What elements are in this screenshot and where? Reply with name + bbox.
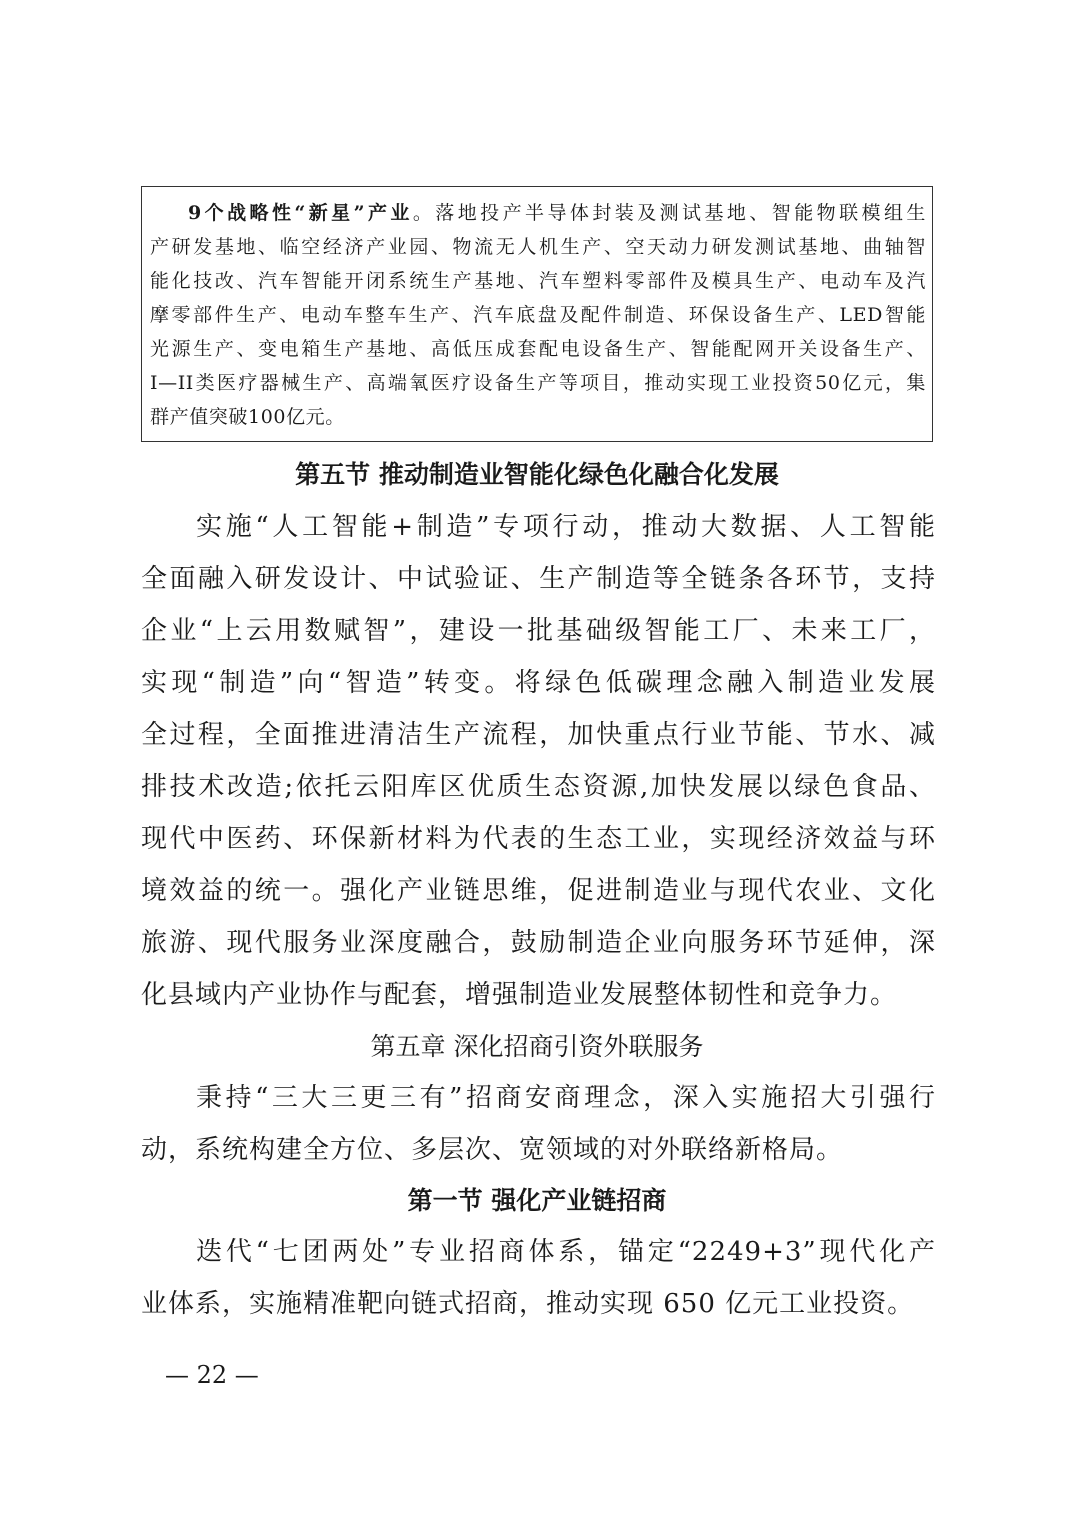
paragraph-line: 全面融入研发设计、中试验证、生产制造等全链条各环节，支持 bbox=[141, 561, 936, 597]
paragraph-line: 业体系，实施精准靶向链式招商，推动实现 650 亿元工业投资。 bbox=[141, 1286, 936, 1322]
callout-line: I—II类医疗器械生产、高端氧医疗设备生产等项目，推动实现工业投资50亿元，集 bbox=[150, 370, 926, 396]
section-heading: 第五节 推动制造业智能化绿色化融合化发展 bbox=[141, 458, 933, 492]
paragraph-line: 动，系统构建全方位、多层次、宽领域的对外联络新格局。 bbox=[141, 1132, 936, 1168]
chapter-heading: 第五章 深化招商引资外联服务 bbox=[141, 1030, 933, 1064]
callout-line: 能化技改、汽车智能开闭系统生产基地、汽车塑料零部件及模具生产、电动车及汽 bbox=[150, 268, 926, 294]
callout-line: 9个战略性“新星”产业。落地投产半导体封装及测试基地、智能物联模组生 bbox=[150, 200, 926, 226]
paragraph-line: 化县域内产业协作与配套，增强制造业发展整体韧性和竞争力。 bbox=[141, 977, 936, 1013]
section-heading: 第一节 强化产业链招商 bbox=[141, 1184, 933, 1218]
callout-line: 产研发基地、临空经济产业园、物流无人机生产、空天动力研发测试基地、曲轴智 bbox=[150, 234, 926, 260]
paragraph-line: 实施“人工智能+制造”专项行动，推动大数据、人工智能 bbox=[196, 509, 936, 545]
callout-lead: 9个战略性“新星”产业 bbox=[188, 202, 413, 224]
paragraph-line: 现代中医药、环保新材料为代表的生态工业，实现经济效益与环 bbox=[141, 821, 936, 857]
paragraph-line: 旅游、现代服务业深度融合，鼓励制造企业向服务环节延伸，深 bbox=[141, 925, 936, 961]
paragraph-line: 境效益的统一。强化产业链思维，促进制造业与现代农业、文化 bbox=[141, 873, 936, 909]
paragraph-line: 迭代“七团两处”专业招商体系，锚定“2249+3”现代化产 bbox=[196, 1234, 936, 1270]
paragraph-line: 排技术改造;依托云阳库区优质生态资源,加快发展以绿色食品、 bbox=[141, 769, 936, 805]
paragraph-line: 秉持“三大三更三有”招商安商理念，深入实施招大引强行 bbox=[196, 1080, 936, 1116]
document-page: 9个战略性“新星”产业。落地投产半导体封装及测试基地、智能物联模组生 产研发基地… bbox=[0, 0, 1074, 1520]
paragraph-line: 实现“制造”向“智造”转变。将绿色低碳理念融入制造业发展 bbox=[141, 665, 936, 701]
page-number: — 22 — bbox=[165, 1360, 259, 1390]
callout-line: 群产值突破100亿元。 bbox=[150, 404, 926, 430]
callout-text: 。落地投产半导体封装及测试基地、智能物联模组生 bbox=[413, 202, 926, 224]
callout-line: 光源生产、变电箱生产基地、高低压成套配电设备生产、智能配网开关设备生产、 bbox=[150, 336, 926, 362]
paragraph-line: 企业“上云用数赋智”，建设一批基础级智能工厂、未来工厂， bbox=[141, 613, 936, 649]
callout-line: 摩零部件生产、电动车整车生产、汽车底盘及配件制造、环保设备生产、LED智能 bbox=[150, 302, 926, 328]
paragraph-line: 全过程，全面推进清洁生产流程，加快重点行业节能、节水、减 bbox=[141, 717, 936, 753]
